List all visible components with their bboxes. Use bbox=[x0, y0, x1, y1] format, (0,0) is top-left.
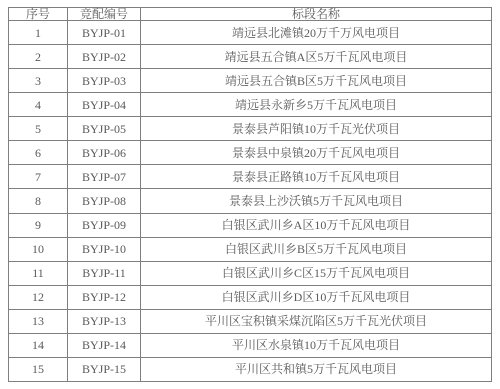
section-name-cell: 靖远县五合镇B区5万千瓦风电项目 bbox=[141, 69, 492, 93]
bid-code-cell: BYJP-11 bbox=[68, 261, 141, 285]
bid-code-cell: BYJP-04 bbox=[68, 93, 141, 117]
row-index-cell: 6 bbox=[9, 141, 68, 165]
row-index-cell: 1 bbox=[9, 21, 68, 45]
row-index-cell: 4 bbox=[9, 93, 68, 117]
table-row: 14BYJP-14平川区水泉镇10万千瓦风电项目 bbox=[9, 333, 492, 357]
table-row: 13BYJP-13平川区宝积镇采煤沉陷区5万千瓦光伏项目 bbox=[9, 309, 492, 333]
section-name-cell: 白银区武川乡A区10万千瓦风电项目 bbox=[141, 213, 492, 237]
bid-code-cell: BYJP-15 bbox=[68, 357, 141, 381]
row-index-cell: 13 bbox=[9, 309, 68, 333]
table-row: 2BYJP-02靖远县五合镇A区5万千瓦风电项目 bbox=[9, 45, 492, 69]
table-row: 5BYJP-05景泰县芦阳镇10万千瓦光伏项目 bbox=[9, 117, 492, 141]
section-name-cell: 平川区共和镇5万千瓦风电项目 bbox=[141, 357, 492, 381]
table-row: 12BYJP-12白银区武川乡D区10万千瓦风电项目 bbox=[9, 285, 492, 309]
row-index-cell: 12 bbox=[9, 285, 68, 309]
section-name-cell: 景泰县正路镇10万千瓦风电项目 bbox=[141, 165, 492, 189]
section-name-cell: 景泰县中泉镇20万千瓦风电项目 bbox=[141, 141, 492, 165]
section-name-cell: 靖远县五合镇A区5万千瓦风电项目 bbox=[141, 45, 492, 69]
bid-code-cell: BYJP-02 bbox=[68, 45, 141, 69]
table-row: 10BYJP-10白银区武川乡B区5万千瓦风电项目 bbox=[9, 237, 492, 261]
table-row: 9BYJP-09白银区武川乡A区10万千瓦风电项目 bbox=[9, 213, 492, 237]
table-row: 15BYJP-15平川区共和镇5万千瓦风电项目 bbox=[9, 357, 492, 381]
bid-code-cell: BYJP-06 bbox=[68, 141, 141, 165]
table-row: 4BYJP-04靖远县永新乡5万千瓦风电项目 bbox=[9, 93, 492, 117]
table-row: 3BYJP-03靖远县五合镇B区5万千瓦风电项目 bbox=[9, 69, 492, 93]
bid-code-cell: BYJP-12 bbox=[68, 285, 141, 309]
section-name-cell: 白银区武川乡B区5万千瓦风电项目 bbox=[141, 237, 492, 261]
page: 序号 竞配编号 标段名称 1BYJP-01靖远县北滩镇20万千万风电项目2BYJ… bbox=[0, 0, 500, 389]
header-section-name: 标段名称 bbox=[141, 8, 492, 21]
table-row: 6BYJP-06景泰县中泉镇20万千瓦风电项目 bbox=[9, 141, 492, 165]
row-index-cell: 8 bbox=[9, 189, 68, 213]
bid-code-cell: BYJP-10 bbox=[68, 237, 141, 261]
table-row: 8BYJP-08景泰县上沙沃镇5万千瓦风电项目 bbox=[9, 189, 492, 213]
section-name-cell: 景泰县芦阳镇10万千瓦光伏项目 bbox=[141, 117, 492, 141]
bid-code-cell: BYJP-14 bbox=[68, 333, 141, 357]
bid-code-cell: BYJP-09 bbox=[68, 213, 141, 237]
section-name-cell: 白银区武川乡D区10万千瓦风电项目 bbox=[141, 285, 492, 309]
bid-code-cell: BYJP-13 bbox=[68, 309, 141, 333]
table-row: 1BYJP-01靖远县北滩镇20万千万风电项目 bbox=[9, 21, 492, 45]
bid-sections-table: 序号 竞配编号 标段名称 1BYJP-01靖远县北滩镇20万千万风电项目2BYJ… bbox=[8, 7, 492, 382]
row-index-cell: 5 bbox=[9, 117, 68, 141]
row-index-cell: 11 bbox=[9, 261, 68, 285]
row-index-cell: 7 bbox=[9, 165, 68, 189]
header-index: 序号 bbox=[9, 8, 68, 21]
header-bid-code: 竞配编号 bbox=[68, 8, 141, 21]
row-index-cell: 10 bbox=[9, 237, 68, 261]
table-header-row: 序号 竞配编号 标段名称 bbox=[9, 8, 492, 21]
row-index-cell: 2 bbox=[9, 45, 68, 69]
section-name-cell: 平川区宝积镇采煤沉陷区5万千瓦光伏项目 bbox=[141, 309, 492, 333]
section-name-cell: 平川区水泉镇10万千瓦风电项目 bbox=[141, 333, 492, 357]
bid-code-cell: BYJP-03 bbox=[68, 69, 141, 93]
bid-code-cell: BYJP-01 bbox=[68, 21, 141, 45]
row-index-cell: 15 bbox=[9, 357, 68, 381]
table-row: 7BYJP-07景泰县正路镇10万千瓦风电项目 bbox=[9, 165, 492, 189]
table-row: 11BYJP-11白银区武川乡C区15万千瓦风电项目 bbox=[9, 261, 492, 285]
table-body: 1BYJP-01靖远县北滩镇20万千万风电项目2BYJP-02靖远县五合镇A区5… bbox=[9, 21, 492, 382]
bid-code-cell: BYJP-05 bbox=[68, 117, 141, 141]
section-name-cell: 景泰县上沙沃镇5万千瓦风电项目 bbox=[141, 189, 492, 213]
bid-code-cell: BYJP-08 bbox=[68, 189, 141, 213]
row-index-cell: 9 bbox=[9, 213, 68, 237]
section-name-cell: 白银区武川乡C区15万千瓦风电项目 bbox=[141, 261, 492, 285]
row-index-cell: 14 bbox=[9, 333, 68, 357]
section-name-cell: 靖远县北滩镇20万千万风电项目 bbox=[141, 21, 492, 45]
row-index-cell: 3 bbox=[9, 69, 68, 93]
section-name-cell: 靖远县永新乡5万千瓦风电项目 bbox=[141, 93, 492, 117]
bid-code-cell: BYJP-07 bbox=[68, 165, 141, 189]
